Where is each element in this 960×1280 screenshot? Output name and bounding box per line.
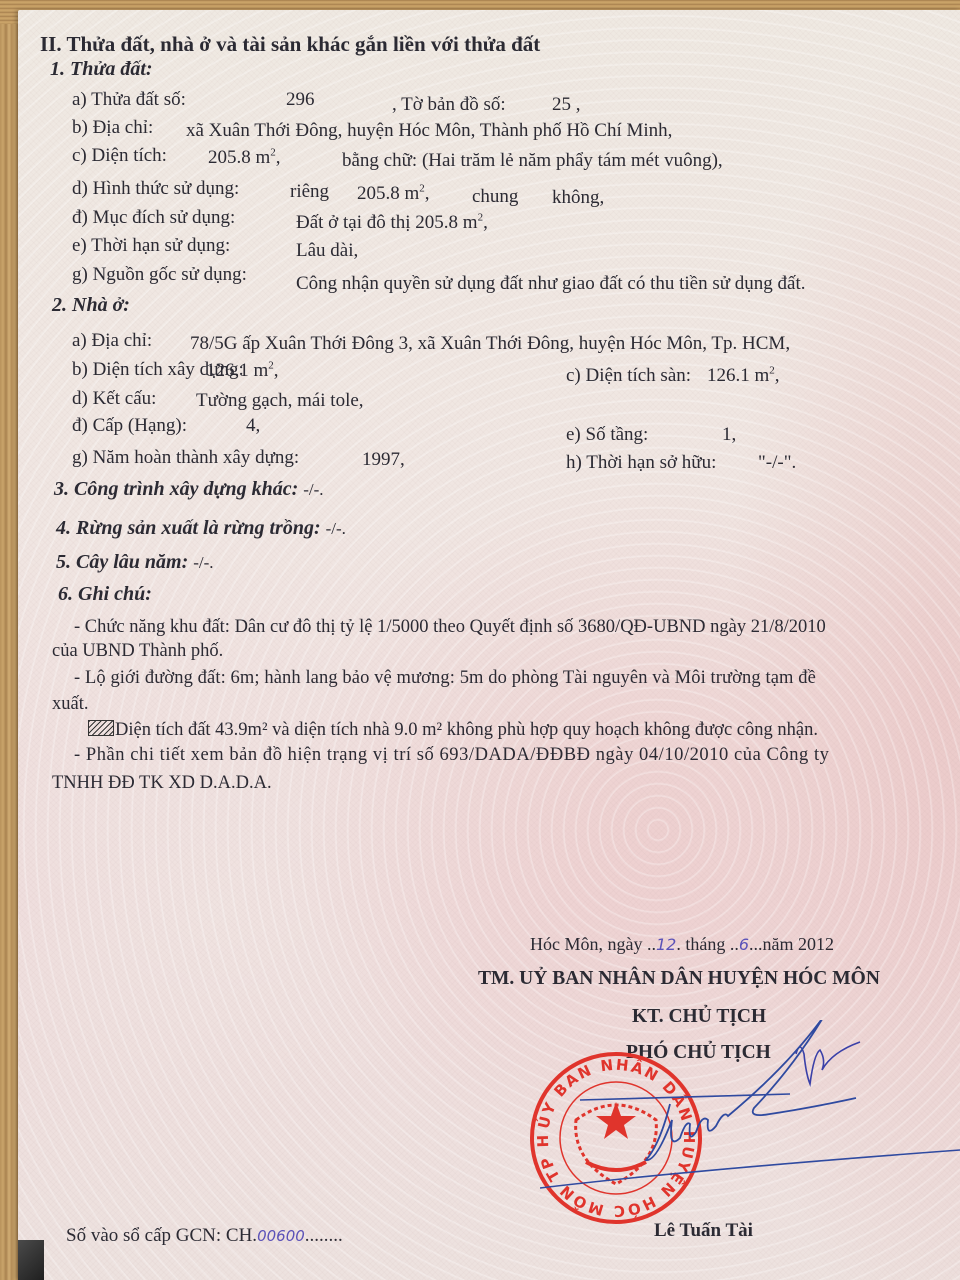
forest-heading: 4. Rừng sản xuất là rừng trồng: -/-. [56, 517, 346, 540]
note-zoning-cont: của UBND Thành phố. [52, 640, 223, 662]
usage-common-value: không, [552, 187, 604, 209]
floors-value: 1, [722, 424, 736, 446]
parcel-number: 296 [286, 89, 315, 111]
floor-area-label: c) Diện tích sàn: [566, 365, 691, 387]
land-address-label: b) Địa chỉ: [72, 117, 153, 139]
map-sheet-label: , Tờ bản đồ số: [392, 94, 506, 116]
map-sheet-number: 25 , [552, 94, 581, 116]
ownership-term-value: "-/-". [758, 452, 796, 474]
note-road-boundary-cont: xuất. [52, 693, 88, 715]
year-label: g) Năm hoàn thành xây dựng: [72, 447, 299, 469]
area-value: 205.8 m2, [208, 147, 281, 169]
handwritten-signatures [540, 1020, 960, 1220]
origin-label: g) Nguồn gốc sử dụng: [72, 264, 247, 286]
term-label: e) Thời hạn sử dụng: [72, 235, 230, 257]
area-in-words: bằng chữ: (Hai trăm lẻ năm phẩy tám mét … [342, 150, 723, 172]
page-corner-shadow [18, 1240, 44, 1280]
note-non-compliant-area: Diện tích đất 43.9m² và diện tích nhà 9.… [88, 719, 818, 741]
issuing-authority: TM. UỶ BAN NHÂN DÂN HUYỆN HÓC MÔN [478, 968, 880, 990]
note-map-reference: - Phần chi tiết xem bản đồ hiện trạng vị… [74, 744, 829, 766]
purpose-label: đ) Mục đích sử dụng: [72, 207, 235, 229]
place-date: Hóc Môn, ngày ..12. tháng ..6...năm 2012 [530, 933, 834, 956]
handwritten-month: 6 [739, 935, 749, 954]
house-address-label: a) Địa chỉ: [72, 330, 152, 352]
area-label: c) Diện tích: [72, 145, 167, 167]
other-works-heading: 3. Công trình xây dựng khác: -/-. [54, 478, 324, 501]
note-road-boundary: - Lộ giới đường đất: 6m; hành lang bảo v… [74, 667, 816, 689]
structure-label: d) Kết cấu: [72, 388, 156, 410]
handwritten-registry-number: 00600 [257, 1227, 305, 1245]
note-zoning: - Chức năng khu đất: Dân cư đô thị tỷ lệ… [74, 616, 826, 638]
note-map-reference-cont: TNHH ĐĐ TK XD D.A.D.A. [52, 772, 272, 794]
signer-name: Lê Tuấn Tài [654, 1220, 753, 1242]
usage-common-label: chung [472, 186, 518, 208]
usage-private-value: 205.8 m2, [357, 183, 430, 205]
structure-value: Tường gạch, mái tole, [196, 390, 364, 412]
house-address: 78/5G ấp Xuân Thới Đông 3, xã Xuân Thới … [190, 333, 790, 355]
usage-form-label: d) Hình thức sử dụng: [72, 178, 239, 200]
grade-label: đ) Cấp (Hạng): [72, 415, 187, 437]
registry-number: Số vào sổ cấp GCN: CH.00600........ [66, 1225, 343, 1247]
ownership-term-label: h) Thời hạn sở hữu: [566, 452, 716, 474]
term-value: Lâu dài, [296, 240, 358, 262]
notes-heading: 6. Ghi chú: [58, 583, 152, 605]
handwritten-day: 12 [656, 935, 676, 954]
usage-private-label: riêng [290, 181, 329, 203]
purpose-value: Đất ở tại đô thị 205.8 m2, [296, 212, 488, 234]
origin-value: Công nhận quyền sử dụng đất như giao đất… [296, 273, 806, 295]
year-value: 1997, [362, 449, 405, 471]
hatch-legend-icon [88, 720, 114, 736]
perennial-heading: 5. Cây lâu năm: -/-. [56, 551, 214, 574]
land-heading: 1. Thửa đất: [50, 58, 153, 80]
floors-label: e) Số tầng: [566, 424, 648, 446]
parcel-label: a) Thửa đất số: [72, 89, 186, 111]
floor-area-value: 126.1 m2, [707, 365, 780, 387]
house-heading: 2. Nhà ở: [52, 294, 130, 316]
land-address: xã Xuân Thới Đông, huyện Hóc Môn, Thành … [186, 120, 672, 142]
built-area-value: 126.1 m2, [206, 360, 279, 382]
section-title: II. Thửa đất, nhà ở và tài sản khác gắn … [40, 33, 540, 55]
grade-value: 4, [246, 415, 260, 437]
